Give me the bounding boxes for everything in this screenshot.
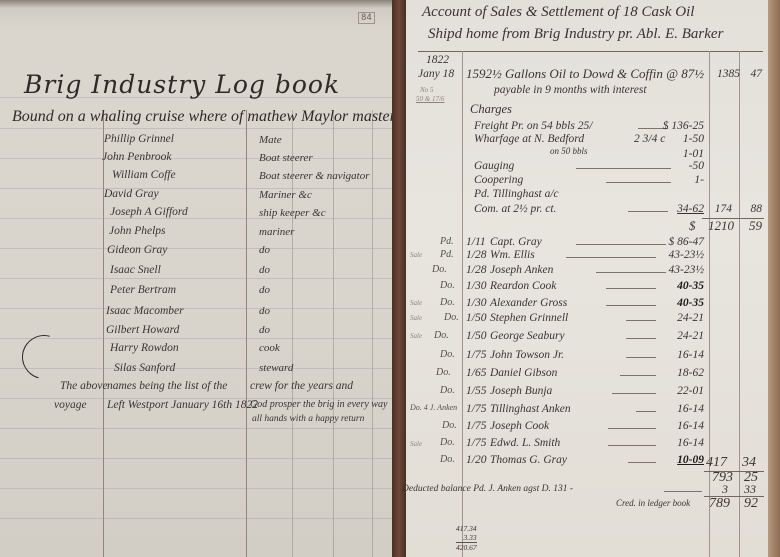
share-name: Joseph Anken [490, 264, 553, 276]
net-total-dollars: 1210 [686, 218, 734, 234]
log-book-page: 84 Brig Industry Log book Bound on a wha… [0, 0, 392, 557]
ruled-line [0, 278, 392, 279]
balance-line: Deducted balance Pd. J. Anken agst D. 13… [402, 484, 573, 494]
margin-note: Sale [410, 440, 422, 448]
share-ditto: Pd. [440, 249, 454, 260]
share-name: Joseph Bunja [490, 385, 552, 397]
share-name: Capt. Gray [490, 236, 542, 248]
final-line: Cred. in ledger book [616, 498, 690, 508]
share-name: Edwd. L. Smith [490, 437, 560, 449]
share-ditto: Do. 4 J. Anken [410, 403, 457, 412]
final-total-dollars: 789 [709, 496, 730, 512]
share-ditto: Do. [434, 330, 449, 341]
shares-total-cents: 34 [742, 455, 756, 471]
note-text: names being the list of the [107, 380, 227, 392]
share-amount: 22-01 [652, 385, 704, 397]
share-amount: 10-09 [652, 454, 704, 466]
leader-line [606, 305, 656, 306]
ruled-line [0, 308, 392, 309]
share-name: Wm. Ellis [490, 249, 535, 261]
margin-note: Sale [410, 332, 422, 340]
charge-label: Pd. Tillinghast a/c [474, 188, 559, 200]
crew-role: cook [259, 342, 280, 354]
balance-dollars: 3 [722, 482, 728, 497]
share-amount: 16-14 [652, 349, 704, 361]
note-text: crew for the years and [250, 380, 353, 392]
share-name: Joseph Cook [490, 420, 549, 432]
charge-amount: 1- [652, 174, 704, 186]
note-text: God prosper the brig in every way [250, 399, 387, 410]
ruled-line [0, 158, 392, 159]
charges-heading: Charges [470, 102, 512, 117]
ruled-line [0, 188, 392, 189]
ruled-line [0, 488, 392, 489]
share-name: Reardon Cook [490, 280, 556, 292]
share-ditto: Do. [440, 280, 455, 291]
share-ditto: Do. [440, 437, 455, 448]
crew-role: do [259, 324, 270, 336]
share-amount: 18-62 [652, 367, 704, 379]
charge-amount: 1-01 [652, 148, 704, 160]
crew-name: Gilbert Howard [106, 324, 179, 336]
crew-name: John Penbrook [102, 151, 172, 163]
crew-name: Peter Bertram [110, 284, 176, 296]
ruled-line [0, 128, 392, 129]
share-fraction: 1/30 [466, 280, 486, 292]
share-ditto: Do. [440, 454, 455, 465]
note-text: voyage [54, 399, 87, 411]
header-rule [418, 51, 763, 52]
share-fraction: 1/55 [466, 385, 486, 397]
charge-label: Com. at 2½ pr. ct. [474, 203, 556, 215]
crew-role: do [259, 284, 270, 296]
leader-line [608, 445, 656, 446]
crew-role: Mate [259, 134, 282, 146]
page-number: 84 [358, 12, 375, 24]
balance-cents: 33 [744, 482, 756, 497]
share-fraction: 1/11 [466, 236, 486, 248]
margin-note: Sale [410, 299, 422, 307]
charge-label: Wharfage at N. Bedford [474, 133, 584, 145]
margin-note: 50 & 17/6 [416, 95, 444, 103]
desk-surface [768, 0, 780, 557]
share-ditto: Do. [440, 297, 455, 308]
crew-name: Joseph A Gifford [110, 206, 188, 218]
page-edge-shadow [0, 0, 392, 8]
charge-label: Gauging [474, 160, 514, 172]
ruled-line [0, 518, 392, 519]
leader-line [606, 288, 656, 289]
crew-name: John Phelps [109, 225, 166, 237]
share-fraction: 1/65 [466, 367, 486, 379]
account-page: Account of Sales & Settlement of 18 Cask… [406, 0, 768, 557]
account-title: Account of Sales & Settlement of 18 Cask… [422, 4, 694, 21]
share-ditto: Pd. [440, 236, 454, 247]
crew-role: do [259, 244, 270, 256]
leader-line [608, 428, 656, 429]
crew-role: do [259, 264, 270, 276]
book-spine [392, 0, 406, 557]
crew-role: steward [259, 362, 293, 374]
crew-role: Boat steerer & navigator [259, 170, 370, 182]
calc-line: 420.67 [456, 543, 477, 552]
share-fraction: 1/28 [466, 264, 486, 276]
log-book-subtitle: Bound on a whaling cruise where of mathe… [12, 108, 396, 126]
charge-amount: 1-50 [652, 133, 704, 145]
share-fraction: 1/20 [466, 454, 486, 466]
year: 1822 [426, 54, 449, 66]
crew-name: Harry Rowdon [110, 342, 179, 354]
sale-terms: payable in 9 months with interest [494, 84, 647, 96]
share-fraction: 1/50 [466, 330, 486, 342]
share-ditto: Do. [440, 349, 455, 360]
leader-line [664, 491, 702, 492]
charge-label: on 50 bbls [550, 146, 588, 156]
crew-name: Isaac Snell [110, 264, 161, 276]
crew-name: Gideon Gray [107, 244, 167, 256]
crew-name: William Coffe [112, 169, 176, 181]
decorative-flourish [14, 327, 74, 387]
charge-label: Coopering [474, 174, 523, 186]
date: Jany 18 [418, 68, 454, 80]
final-total-cents: 92 [744, 496, 758, 512]
share-amount: 16-14 [652, 420, 704, 432]
share-name: Thomas G. Gray [490, 454, 567, 466]
share-amount: $ 86-47 [652, 236, 704, 248]
margin-note: No 5 [420, 86, 433, 94]
share-amount: 43-23½ [652, 264, 704, 276]
log-book-title: Brig Industry Log book [24, 70, 340, 99]
share-fraction: 1/75 [466, 349, 486, 361]
crew-name: Phillip Grinnel [104, 133, 174, 145]
share-amount: 43-23½ [652, 249, 704, 261]
column-rule [103, 110, 104, 557]
share-fraction: 1/28 [466, 249, 486, 261]
sale-total-dollars: 1385 [684, 68, 740, 80]
share-fraction: 1/75 [466, 437, 486, 449]
share-amount: 24-21 [652, 330, 704, 342]
share-ditto: Do. [442, 420, 457, 431]
note-text: The above [60, 380, 108, 392]
margin-note: Sale [410, 251, 422, 259]
share-amount: 16-14 [652, 437, 704, 449]
crew-role: Mariner &c [259, 189, 312, 201]
leader-line [612, 393, 656, 394]
leader-line [620, 375, 656, 376]
ruled-line [0, 458, 392, 459]
share-name: Daniel Gibson [490, 367, 557, 379]
note-text: all hands with a happy return [252, 414, 364, 424]
ruled-line [0, 218, 392, 219]
charges-total-cents: 88 [736, 203, 762, 215]
sale-line: 1592½ Gallons Oil to Dowd & Coffin @ 87½ [466, 66, 704, 82]
margin-note: Sale [410, 314, 422, 322]
column-rule [739, 51, 740, 557]
share-name: Alexander Gross [490, 297, 567, 309]
crew-role: Boat steerer [259, 152, 313, 164]
share-ditto: Do. [440, 385, 455, 396]
column-rule [246, 110, 247, 557]
ruled-line [0, 338, 392, 339]
share-amount: 40-35 [652, 297, 704, 309]
crew-role: do [259, 305, 270, 317]
shares-total-dollars: 417 [706, 455, 727, 471]
ruled-line [0, 248, 392, 249]
share-amount: 24-21 [652, 312, 704, 324]
share-ditto: Do. [444, 312, 459, 323]
share-fraction: 1/75 [466, 420, 486, 432]
leader-line [566, 257, 656, 258]
charge-label: Freight Pr. on 54 bbls 25/ [474, 120, 592, 132]
charge-amount: -50 [652, 160, 704, 172]
share-fraction: 1/75 [466, 403, 486, 415]
column-rule [462, 51, 463, 557]
crew-name: David Gray [104, 188, 159, 200]
share-amount: 16-14 [652, 403, 704, 415]
calc-line: 3.33 [456, 533, 477, 543]
crew-role: ship keeper &c [259, 207, 326, 219]
crew-name: Silas Sanford [114, 362, 175, 374]
ruled-line [0, 428, 392, 429]
share-fraction: 1/30 [466, 297, 486, 309]
crew-name: Isaac Macomber [106, 305, 184, 317]
share-name: George Seabury [490, 330, 565, 342]
share-name: John Towson Jr. [490, 349, 564, 361]
share-ditto: Do. [432, 264, 447, 275]
share-amount: 40-35 [652, 280, 704, 292]
share-name: Stephen Grinnell [490, 312, 568, 324]
side-calculation: 417.34 3.33 420.67 [456, 524, 477, 552]
charge-amount: $ 136-25 [652, 120, 704, 132]
column-rule [709, 51, 710, 557]
share-name: Tillinghast Anken [490, 403, 571, 415]
calc-line: 417.34 [456, 524, 477, 533]
share-ditto: Do. [436, 367, 451, 378]
crew-role: mariner [259, 226, 294, 238]
account-subtitle: Shipd home from Brig Industry pr. Abl. E… [428, 26, 723, 43]
share-fraction: 1/50 [466, 312, 486, 324]
note-text: Left Westport January 16th 1822 [107, 399, 258, 411]
charges-total-dollars: 174 [684, 203, 732, 215]
column-rule [372, 110, 373, 557]
net-total-cents: 59 [736, 218, 762, 234]
sale-total-cents: 47 [736, 68, 762, 80]
